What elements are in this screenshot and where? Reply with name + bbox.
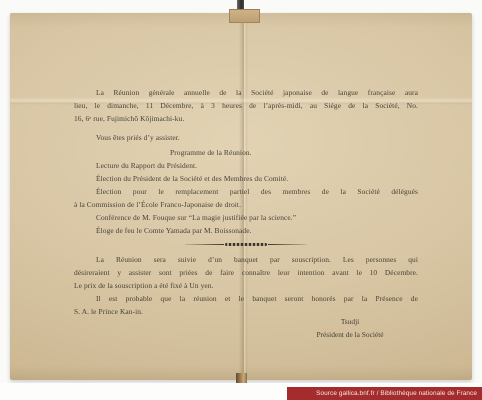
scanned-page: La Réunion générale annuelle de la Socié…: [10, 13, 472, 380]
programme-item: Conférence de M. Fouque sur “La magie ju…: [74, 211, 418, 224]
paragraph-line: La Réunion sera suivie d’un banquet par …: [74, 253, 418, 266]
divider-line-left: [185, 244, 224, 245]
programme-item: Élection pour le remplacement partiel de…: [74, 185, 418, 198]
programme-item: à la Commission de l’École Franco-Japona…: [74, 198, 418, 211]
paragraph-line: Vous êtes priés d’y assister.: [74, 131, 418, 144]
president-name: Tsudji: [290, 315, 410, 328]
programme-item: Lecture du Rapport du Président.: [74, 159, 418, 172]
gallica-source-banner: Source gallica.bnf.fr / Bibliothèque nat…: [287, 387, 482, 400]
source-attribution: Source gallica.bnf.fr / Bibliothèque nat…: [316, 390, 477, 397]
divider-line-right: [268, 244, 307, 245]
programme-item: Éloge de feu le Comte Yamada par M. Bois…: [74, 224, 418, 237]
paragraph-line: La Réunion générale annuelle de la Socié…: [74, 86, 418, 99]
paragraph-line: 16, 6ᵉ rue, Fujimichō Kōjimachi-ku.: [74, 112, 418, 125]
document-text: La Réunion générale annuelle de la Socié…: [74, 86, 418, 318]
signature-block: Tsudji Président de la Société: [290, 315, 410, 341]
paragraph-line: désireraient y assister sont priées de f…: [74, 266, 418, 279]
ornamental-divider: [185, 243, 307, 246]
programme-heading: Programme de la Réunion.: [170, 146, 418, 159]
paragraph-line: Le prix de la souscription a été fixé à …: [74, 279, 418, 292]
binding-clamp-top: [229, 9, 260, 23]
programme-item: Élection du Président de la Société et d…: [74, 172, 418, 185]
president-title: Président de la Société: [290, 328, 410, 341]
paragraph-line: lieu, le dimanche, 11 Décembre, à 3 heur…: [74, 99, 418, 112]
divider-chain-ornament: [225, 243, 267, 246]
paragraph-line: Il est probable que la réunion et le ban…: [74, 292, 418, 305]
